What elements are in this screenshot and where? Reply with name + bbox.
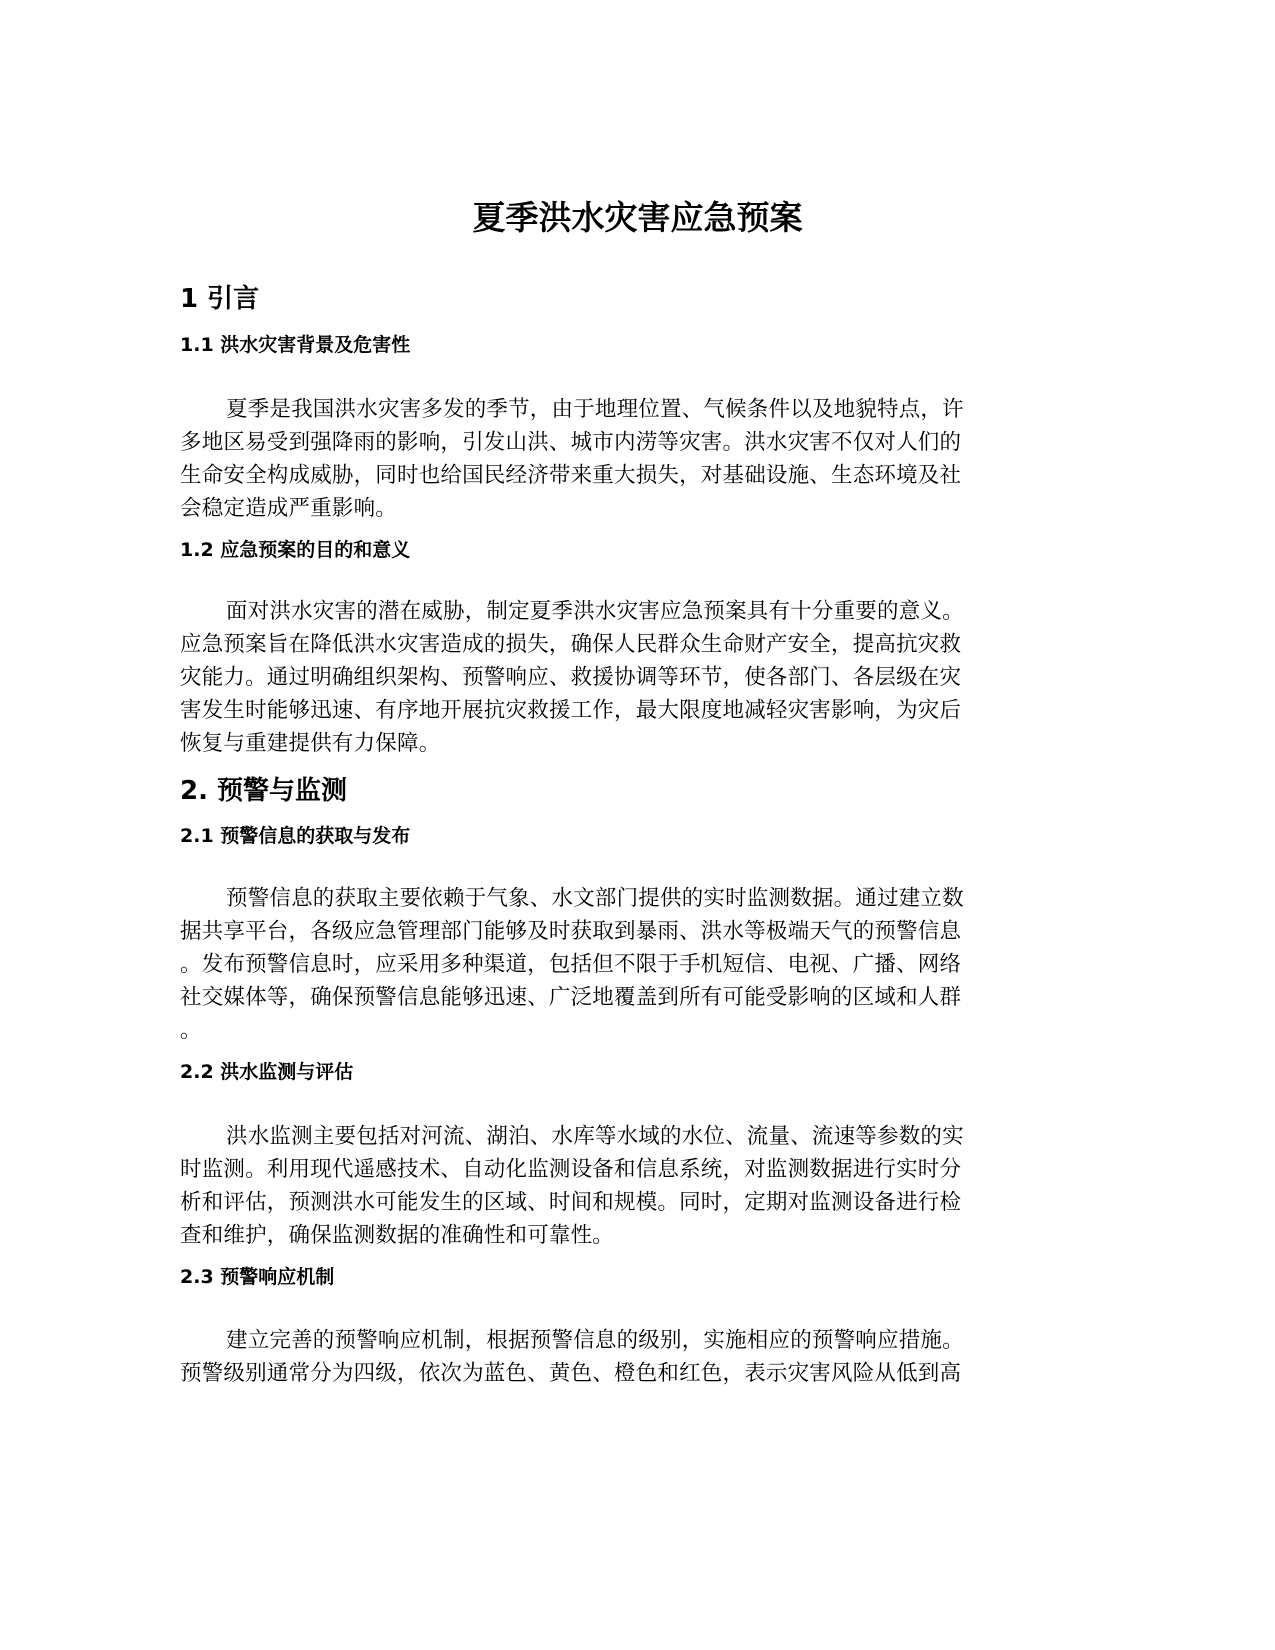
subsection-heading-1-1: 1.1 洪水灾害背景及危害性 xyxy=(180,333,410,357)
paragraph-line: 据共享平台，各级应急管理部门能够及时获取到暴雨、洪水等极端天气的预警信息 xyxy=(180,915,1040,948)
paragraph-line: 灾能力。通过明确组织架构、预警响应、救援协调等环节，使各部门、各层级在灾 xyxy=(180,661,1040,694)
paragraph-line: 。发布预警信息时，应采用多种渠道，包括但不限于手机短信、电视、广播、网络 xyxy=(180,948,1040,981)
paragraph-line: 预警级别通常分为四级，依次为蓝色、黄色、橙色和红色，表示灾害风险从低到高 xyxy=(180,1357,1040,1390)
subsection-heading-1-2: 1.2 应急预案的目的和意义 xyxy=(180,538,410,562)
paragraph-1-1: 夏季是我国洪水灾害多发的季节，由于地理位置、气候条件以及地貌特点，许 多地区易受… xyxy=(180,393,1040,525)
paragraph-2-3: 建立完善的预警响应机制，根据预警信息的级别，实施相应的预警响应措施。 预警级别通… xyxy=(180,1324,1040,1390)
paragraph-line: 洪水监测主要包括对河流、湖泊、水库等水域的水位、流量、流速等参数的实 xyxy=(180,1120,1040,1153)
subsection-heading-2-3: 2.3 预警响应机制 xyxy=(180,1265,334,1289)
paragraph-line: 预警信息的获取主要依赖于气象、水文部门提供的实时监测数据。通过建立数 xyxy=(180,882,1040,915)
paragraph-line: 多地区易受到强降雨的影响，引发山洪、城市内涝等灾害。洪水灾害不仅对人们的 xyxy=(180,426,1040,459)
paragraph-line: 建立完善的预警响应机制，根据预警信息的级别，实施相应的预警响应措施。 xyxy=(180,1324,1040,1357)
paragraph-line: 查和维护，确保监测数据的准确性和可靠性。 xyxy=(180,1219,1040,1252)
paragraph-line: 面对洪水灾害的潜在威胁，制定夏季洪水灾害应急预案具有十分重要的意义。 xyxy=(180,595,1040,628)
section-heading-1: 1 引言 xyxy=(180,283,259,315)
paragraph-2-1: 预警信息的获取主要依赖于气象、水文部门提供的实时监测数据。通过建立数 据共享平台… xyxy=(180,882,1040,1047)
section-heading-2: 2. 预警与监测 xyxy=(180,775,347,807)
paragraph-line: 析和评估，预测洪水可能发生的区域、时间和规模。同时，定期对监测设备进行检 xyxy=(180,1186,1040,1219)
document-title: 夏季洪水灾害应急预案 xyxy=(0,198,1275,238)
paragraph-line: 时监测。利用现代遥感技术、自动化监测设备和信息系统，对监测数据进行实时分 xyxy=(180,1153,1040,1186)
subsection-heading-2-1: 2.1 预警信息的获取与发布 xyxy=(180,824,410,848)
paragraph-line: 。 xyxy=(180,1014,1040,1047)
paragraph-line: 恢复与重建提供有力保障。 xyxy=(180,727,1040,760)
paragraph-2-2: 洪水监测主要包括对河流、湖泊、水库等水域的水位、流量、流速等参数的实 时监测。利… xyxy=(180,1120,1040,1252)
document-page: 夏季洪水灾害应急预案 1 引言 1.1 洪水灾害背景及危害性 夏季是我国洪水灾害… xyxy=(0,0,1275,1650)
paragraph-line: 夏季是我国洪水灾害多发的季节，由于地理位置、气候条件以及地貌特点，许 xyxy=(180,393,1040,426)
paragraph-line: 应急预案旨在降低洪水灾害造成的损失，确保人民群众生命财产安全，提高抗灾救 xyxy=(180,628,1040,661)
paragraph-line: 生命安全构成威胁，同时也给国民经济带来重大损失，对基础设施、生态环境及社 xyxy=(180,459,1040,492)
paragraph-line: 社交媒体等，确保预警信息能够迅速、广泛地覆盖到所有可能受影响的区域和人群 xyxy=(180,981,1040,1014)
paragraph-line: 害发生时能够迅速、有序地开展抗灾救援工作，最大限度地减轻灾害影响，为灾后 xyxy=(180,694,1040,727)
paragraph-1-2: 面对洪水灾害的潜在威胁，制定夏季洪水灾害应急预案具有十分重要的意义。 应急预案旨… xyxy=(180,595,1040,760)
paragraph-line: 会稳定造成严重影响。 xyxy=(180,492,1040,525)
subsection-heading-2-2: 2.2 洪水监测与评估 xyxy=(180,1060,353,1084)
